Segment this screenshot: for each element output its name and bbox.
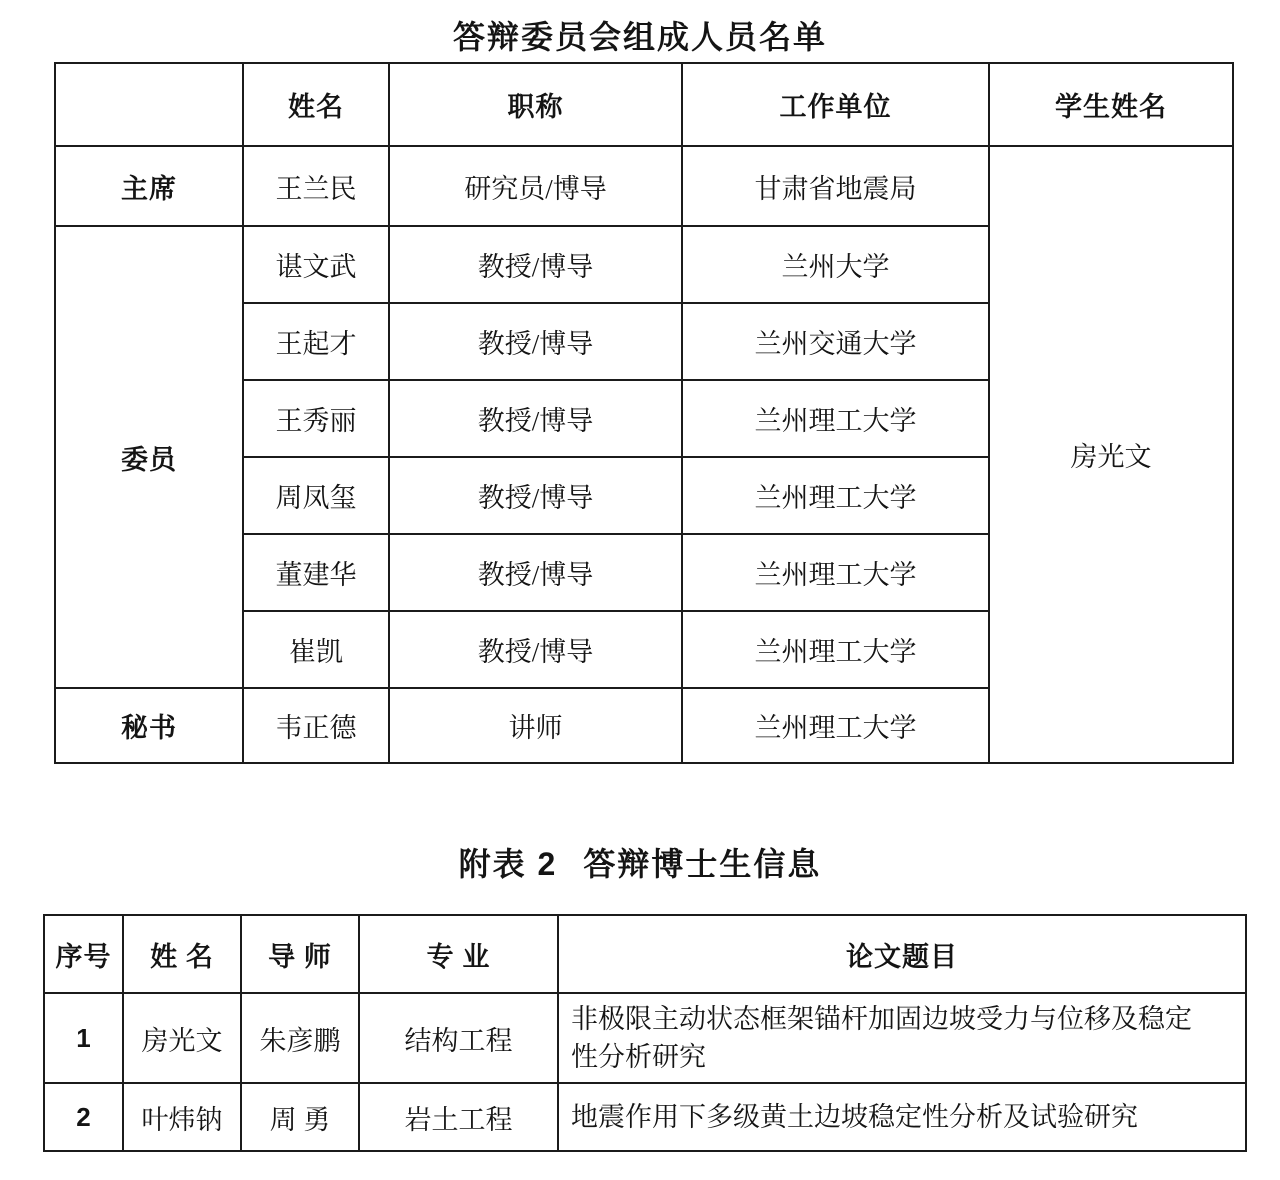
name-cell: 董建华: [243, 534, 389, 611]
title-cell: 教授/博导: [389, 534, 682, 611]
unit-cell: 兰州理工大学: [682, 611, 989, 688]
document-page: 答辩委员会组成人员名单 姓名 职称 工作单位 学生姓名 主席 王兰民 研究员/博…: [0, 0, 1280, 1180]
table-row: 序号 姓 名 导 师 专 业 论文题目: [44, 915, 1246, 993]
title-cell: 教授/博导: [389, 380, 682, 457]
table-row: 主席 王兰民 研究员/博导 甘肃省地震局 房光文: [55, 146, 1233, 226]
header-name: 姓名: [243, 63, 389, 146]
title-cell: 研究员/博导: [389, 146, 682, 226]
role-cell-members: 委员: [55, 226, 243, 688]
name-cell: 王秀丽: [243, 380, 389, 457]
major-cell: 结构工程: [359, 993, 558, 1083]
title-cell: 教授/博导: [389, 611, 682, 688]
header-no: 序号: [44, 915, 123, 993]
committee-table: 姓名 职称 工作单位 学生姓名 主席 王兰民 研究员/博导 甘肃省地震局 房光文…: [54, 62, 1234, 764]
student-name-cell: 房光文: [989, 146, 1233, 763]
header-student-name: 姓 名: [123, 915, 241, 993]
unit-cell: 兰州理工大学: [682, 534, 989, 611]
header-thesis: 论文题目: [558, 915, 1246, 993]
table-row: 1 房光文 朱彦鹏 结构工程 非极限主动状态框架锚杆加固边坡受力与位移及稳定性分…: [44, 993, 1246, 1083]
role-cell-secretary: 秘书: [55, 688, 243, 763]
appendix-label: 附表 2: [459, 840, 558, 888]
no-cell: 2: [44, 1083, 123, 1151]
students-table-title: 附表 2 答辩博士生信息: [0, 840, 1280, 888]
header-major: 专 业: [359, 915, 558, 993]
major-cell: 岩土工程: [359, 1083, 558, 1151]
unit-cell: 甘肃省地震局: [682, 146, 989, 226]
title-cell: 教授/博导: [389, 226, 682, 303]
header-student: 学生姓名: [989, 63, 1233, 146]
no-cell: 1: [44, 993, 123, 1083]
header-unit: 工作单位: [682, 63, 989, 146]
name-cell: 韦正德: [243, 688, 389, 763]
unit-cell: 兰州理工大学: [682, 457, 989, 534]
name-cell: 周凤玺: [243, 457, 389, 534]
thesis-title-cell: 非极限主动状态框架锚杆加固边坡受力与位移及稳定性分析研究: [558, 993, 1246, 1083]
advisor-cell: 朱彦鹏: [241, 993, 359, 1083]
name-cell: 王兰民: [243, 146, 389, 226]
table-row: 姓名 职称 工作单位 学生姓名: [55, 63, 1233, 146]
title-cell: 讲师: [389, 688, 682, 763]
unit-cell: 兰州大学: [682, 226, 989, 303]
header-advisor: 导 师: [241, 915, 359, 993]
unit-cell: 兰州理工大学: [682, 688, 989, 763]
header-title: 职称: [389, 63, 682, 146]
title-cell: 教授/博导: [389, 303, 682, 380]
advisor-cell: 周 勇: [241, 1083, 359, 1151]
student-name-cell: 房光文: [123, 993, 241, 1083]
header-role-empty: [55, 63, 243, 146]
students-table-title-text: 答辩博士生信息: [583, 840, 821, 888]
name-cell: 崔凯: [243, 611, 389, 688]
name-cell: 王起才: [243, 303, 389, 380]
unit-cell: 兰州交通大学: [682, 303, 989, 380]
role-cell-chair: 主席: [55, 146, 243, 226]
unit-cell: 兰州理工大学: [682, 380, 989, 457]
thesis-title-cell: 地震作用下多级黄土边坡稳定性分析及试验研究: [558, 1083, 1246, 1151]
title-cell: 教授/博导: [389, 457, 682, 534]
name-cell: 谌文武: [243, 226, 389, 303]
table-row: 2 叶炜钠 周 勇 岩土工程 地震作用下多级黄土边坡稳定性分析及试验研究: [44, 1083, 1246, 1151]
committee-table-title: 答辩委员会组成人员名单: [0, 0, 1280, 62]
students-table: 序号 姓 名 导 师 专 业 论文题目 1 房光文 朱彦鹏 结构工程 非极限主动…: [43, 914, 1247, 1152]
student-name-cell: 叶炜钠: [123, 1083, 241, 1151]
